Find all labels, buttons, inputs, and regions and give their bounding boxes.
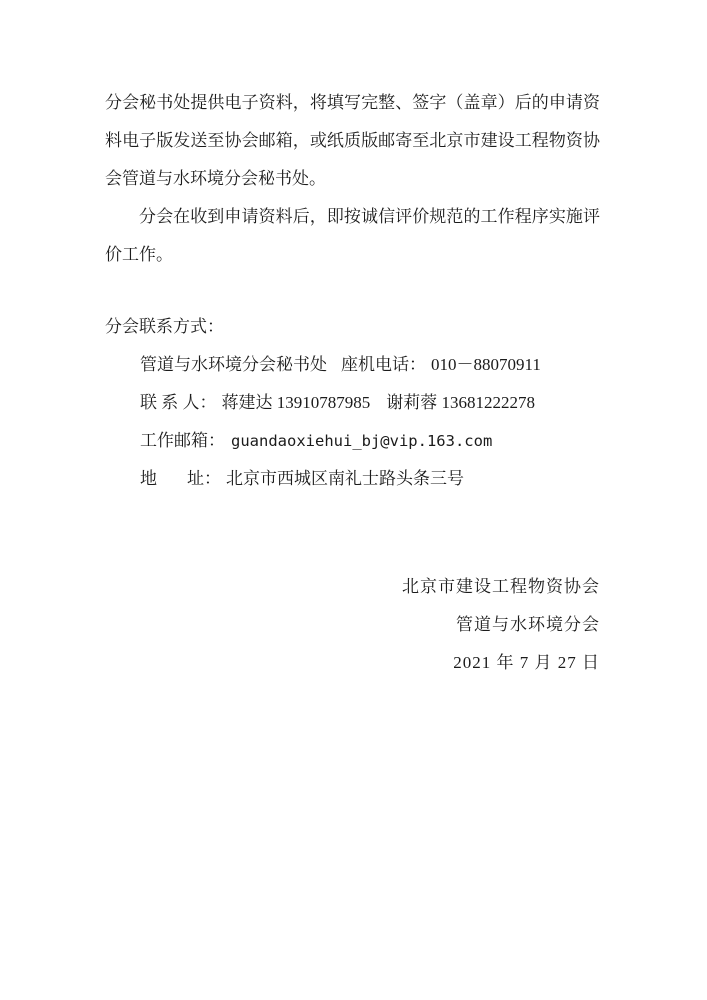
landline-phone-number: 010－88070911 — [431, 355, 541, 374]
contact-line-secretariat: 管道与水环境分会秘书处座机电话：010－88070911 — [140, 346, 600, 384]
signature-date: 2021 年 7 月 27 日 — [105, 644, 600, 682]
contact-line-persons: 联 系 人：蒋建达 13910787985谢莉蓉 13681222278 — [140, 384, 600, 422]
contact-person-2: 谢莉蓉 13681222278 — [386, 393, 535, 412]
contact-persons-label: 联 系 人： — [140, 393, 217, 412]
contact-line-email: 工作邮箱：guandaoxiehui_bj@vip.163.com — [140, 422, 600, 460]
paragraph-submission-instructions: 分会秘书处提供电子资料，将填写完整、签字（盖章）后的申请资料电子版发送至协会邮箱… — [105, 84, 600, 198]
contact-person-1: 蒋建达 13910787985 — [222, 393, 371, 412]
signature-branch-name: 管道与水环境分会 — [105, 606, 600, 644]
work-email-label: 工作邮箱： — [140, 431, 225, 450]
address-value: 北京市西城区南礼士路头条三号 — [226, 469, 464, 488]
address-label-part2: 址： — [187, 469, 221, 488]
landline-phone-label: 座机电话： — [341, 355, 426, 374]
contact-line-address: 地址：北京市西城区南礼士路头条三号 — [140, 460, 600, 498]
address-label-part1: 地 — [140, 469, 157, 488]
signature-block: 北京市建设工程物资协会 管道与水环境分会 2021 年 7 月 27 日 — [105, 568, 600, 682]
secretariat-org-name: 管道与水环境分会秘书处 — [140, 355, 327, 374]
signature-association-name: 北京市建设工程物资协会 — [105, 568, 600, 606]
work-email-address: guandaoxiehui_bj@vip.163.com — [231, 432, 492, 450]
document-page: 分会秘书处提供电子资料，将填写完整、签字（盖章）后的申请资料电子版发送至协会邮箱… — [0, 0, 707, 1000]
paragraph-evaluation-process: 分会在收到申请资料后，即按诚信评价规范的工作程序实施评价工作。 — [105, 198, 600, 274]
contact-section-heading: 分会联系方式： — [105, 308, 600, 346]
contact-info-block: 管道与水环境分会秘书处座机电话：010－88070911 联 系 人：蒋建达 1… — [105, 346, 600, 498]
